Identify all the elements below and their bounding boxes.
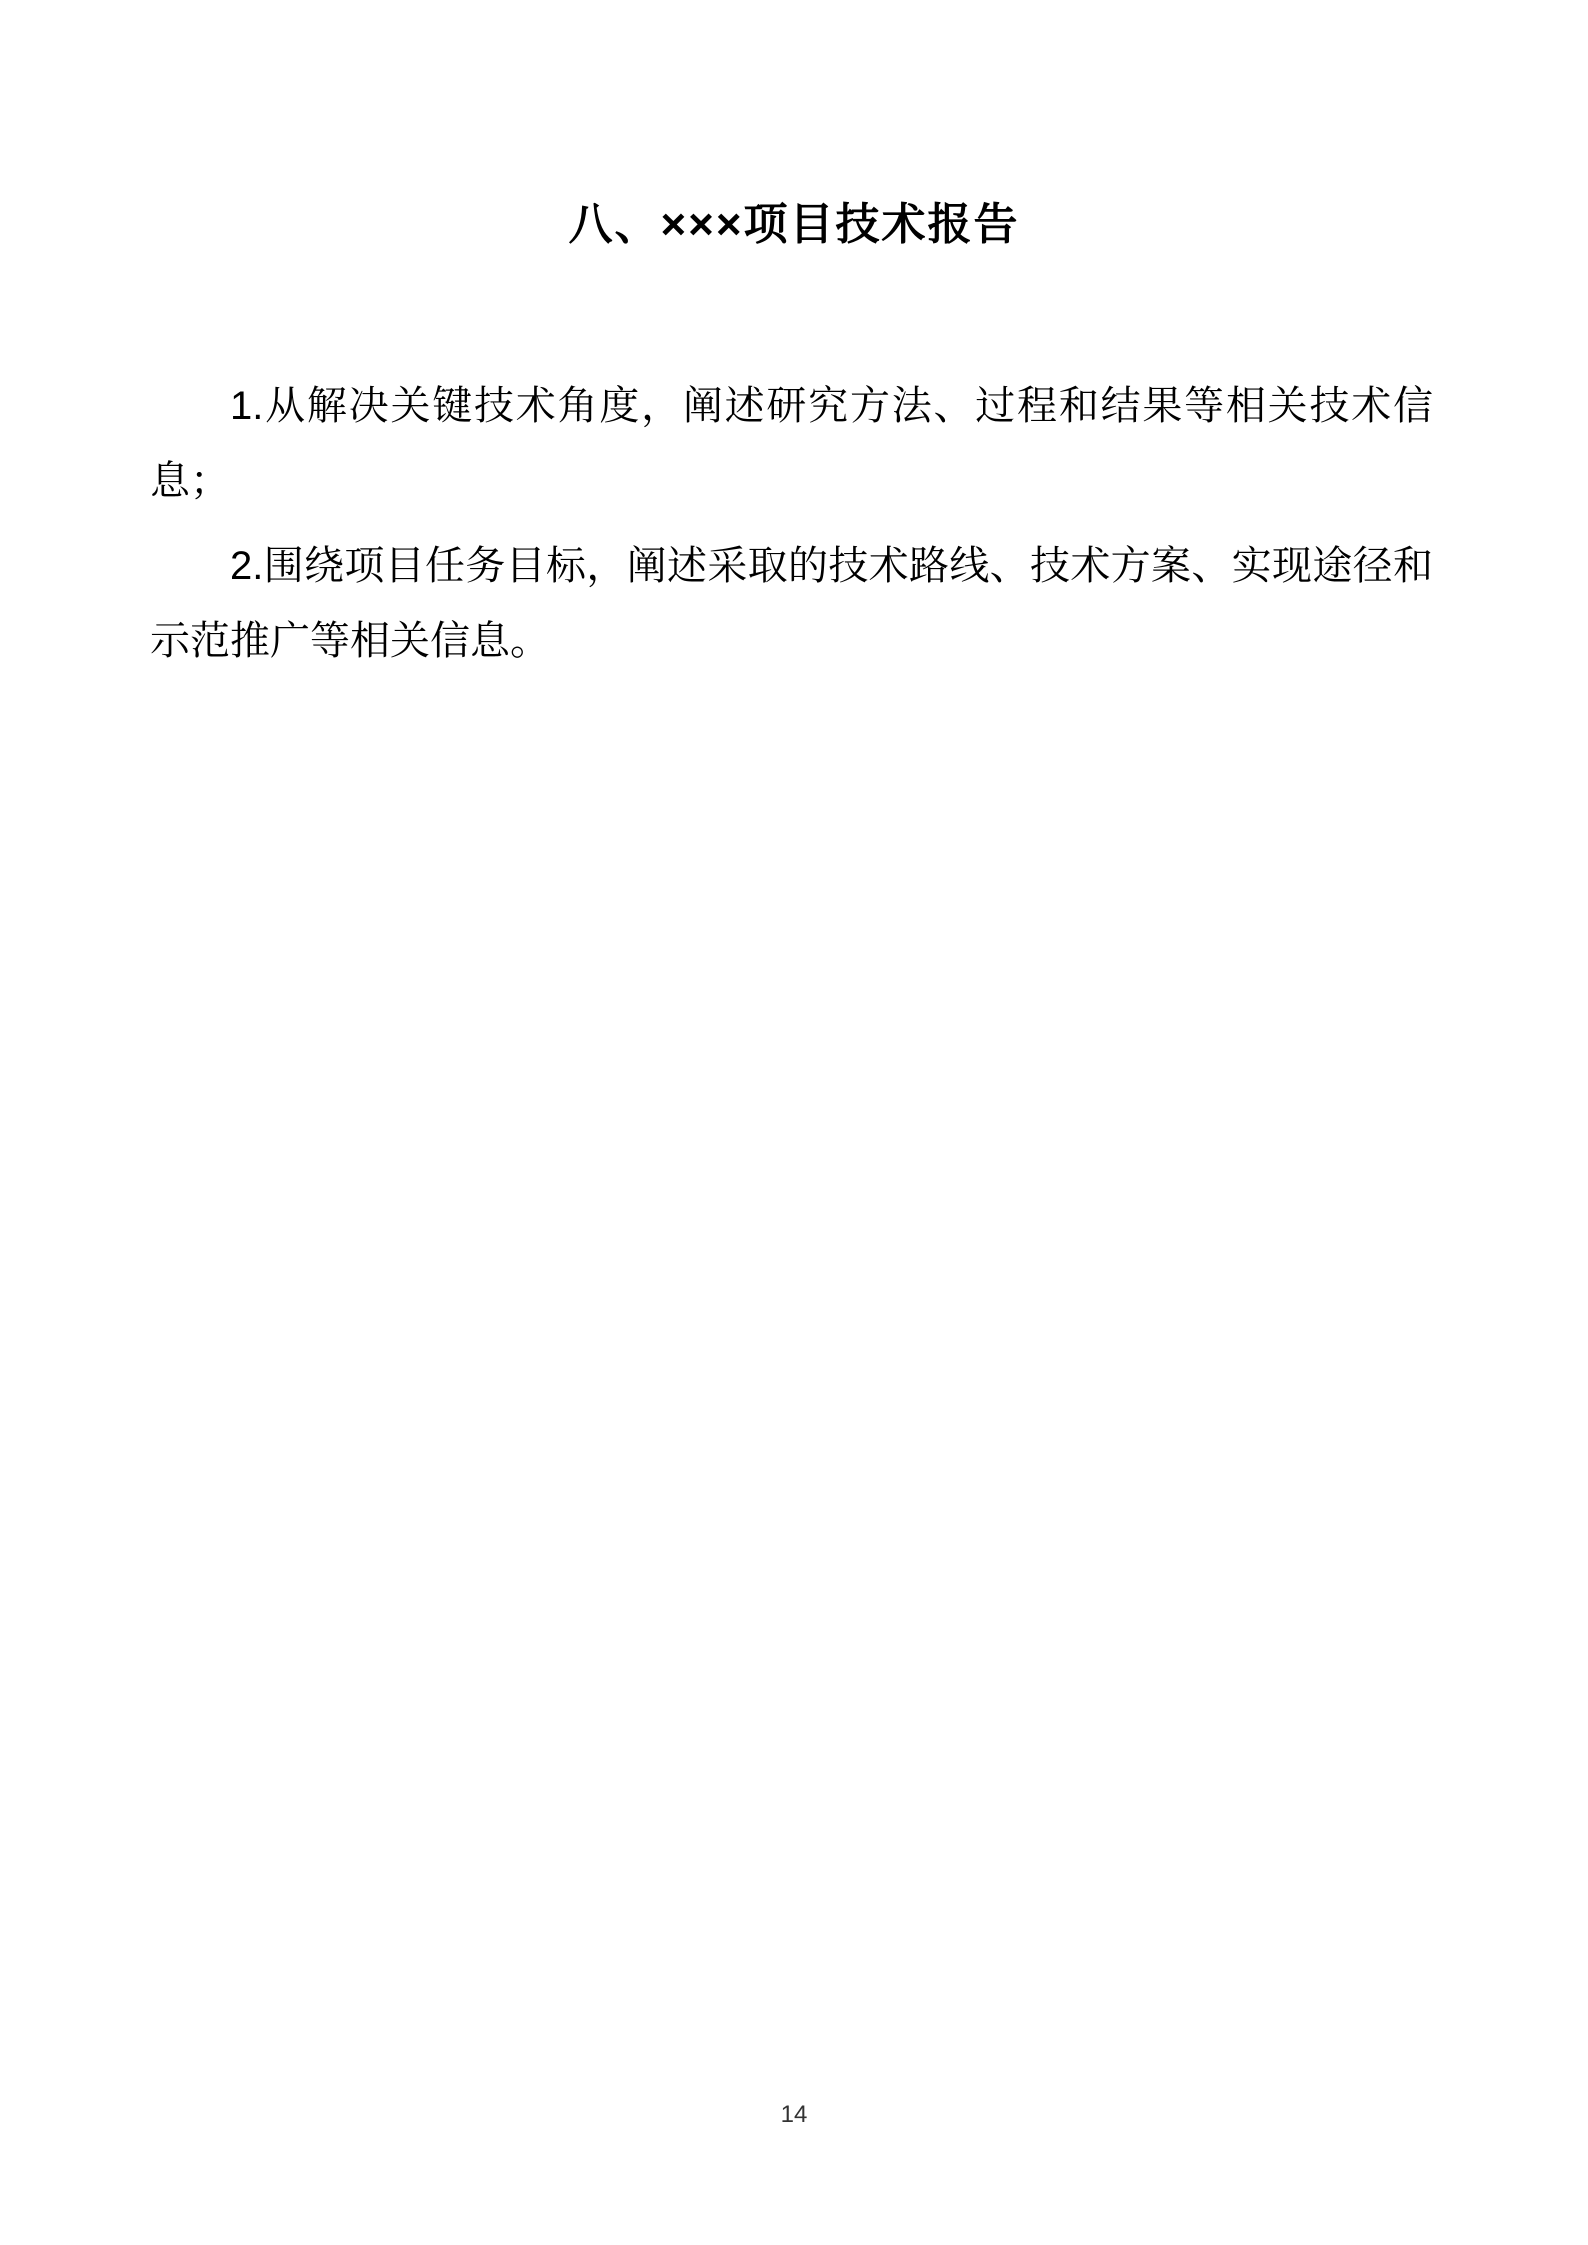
page-number: 14 bbox=[0, 2100, 1588, 2130]
document-title: 八、×××项目技术报告 bbox=[0, 0, 1588, 254]
document-page: 八、×××项目技术报告 1.从解决关键技术角度，阐述研究方法、过程和结果等相关技… bbox=[0, 0, 1588, 2245]
paragraph-2: 2.围绕项目任务目标，阐述采取的技术路线、技术方案、实现途径和示范推广等相关信息… bbox=[150, 529, 1433, 679]
document-body: 1.从解决关键技术角度，阐述研究方法、过程和结果等相关技术信息； 2.围绕项目任… bbox=[150, 369, 1433, 679]
paragraph-1: 1.从解决关键技术角度，阐述研究方法、过程和结果等相关技术信息； bbox=[150, 369, 1433, 519]
